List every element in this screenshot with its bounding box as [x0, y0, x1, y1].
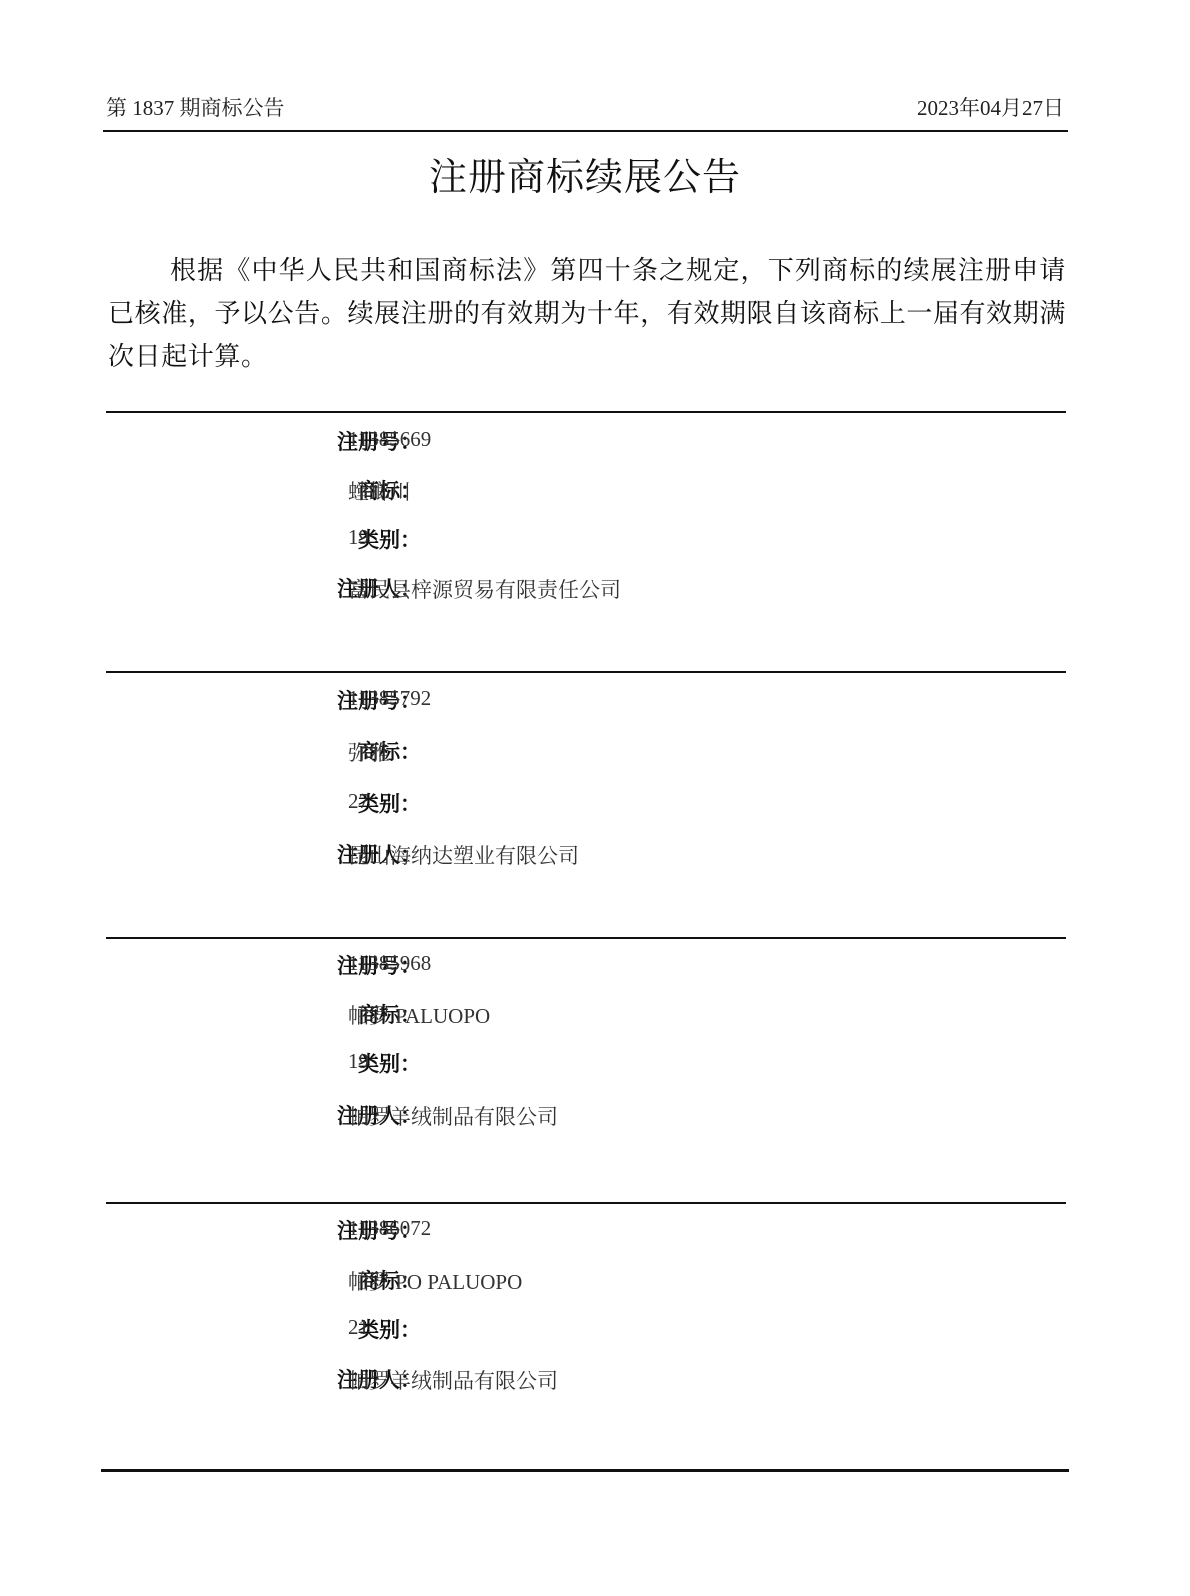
value-registrant: 昆山海纳达塑业有限公司: [348, 840, 579, 870]
field-registrant: 注册人： 昆山海纳达塑业有限公司: [106, 839, 1066, 869]
value-registrant: 富民县梓源贸易有限责任公司: [348, 574, 621, 604]
value-reg-no: 11386072: [348, 1216, 431, 1241]
value-class: 21: [348, 1315, 369, 1340]
record-divider: [106, 1202, 1066, 1204]
field-reg-no: 注册号： 11385669: [106, 426, 1066, 456]
page-title: 注册商标续展公告: [0, 146, 1170, 201]
value-trademark: 帕罗 PALUOPO: [348, 1000, 490, 1030]
value-registrant: 帕罗羊绒制品有限公司: [348, 1101, 558, 1131]
publication-date: 2023年04月27日: [917, 92, 1064, 122]
issue-number: 第 1837 期商标公告: [106, 92, 285, 122]
field-reg-no: 注册号： 11386072: [106, 1215, 1066, 1245]
page-header: 第 1837 期商标公告 2023年04月27日: [106, 92, 1064, 122]
field-trademark: 商标： 弥雅: [106, 736, 1066, 766]
field-class: 类别： 27: [106, 788, 1066, 818]
value-trademark: 弥雅: [348, 737, 390, 767]
value-trademark: 螳螂川: [348, 476, 411, 506]
field-reg-no: 注册号： 11385968: [106, 950, 1066, 980]
value-class: 19: [348, 525, 369, 550]
header-divider: [103, 130, 1068, 132]
field-trademark: 商标： 螳螂川: [106, 475, 1066, 505]
value-class: 19: [348, 1049, 369, 1074]
footer-divider: [101, 1469, 1069, 1472]
value-reg-no: 11385669: [348, 427, 431, 452]
field-trademark: 商标： 帕罗 PO PALUOPO: [106, 1265, 1066, 1295]
field-registrant: 注册人： 帕罗羊绒制品有限公司: [106, 1364, 1066, 1394]
record-divider: [106, 671, 1066, 673]
record-divider: [106, 937, 1066, 939]
field-registrant: 注册人： 帕罗羊绒制品有限公司: [106, 1100, 1066, 1130]
field-class: 类别： 21: [106, 1314, 1066, 1344]
field-reg-no: 注册号： 11385792: [106, 685, 1066, 715]
value-class: 27: [348, 789, 369, 814]
field-class: 类别： 19: [106, 1048, 1066, 1078]
intro-paragraph: 根据《中华人民共和国商标法》第四十条之规定，下列商标的续展注册申请已核准，予以公…: [108, 250, 1066, 379]
value-registrant: 帕罗羊绒制品有限公司: [348, 1365, 558, 1395]
field-trademark: 商标： 帕罗 PALUOPO: [106, 999, 1066, 1029]
field-registrant: 注册人： 富民县梓源贸易有限责任公司: [106, 573, 1066, 603]
value-reg-no: 11385792: [348, 686, 431, 711]
value-reg-no: 11385968: [348, 951, 431, 976]
value-trademark: 帕罗 PO PALUOPO: [348, 1266, 522, 1296]
record-divider: [106, 411, 1066, 413]
field-class: 类别： 19: [106, 524, 1066, 554]
